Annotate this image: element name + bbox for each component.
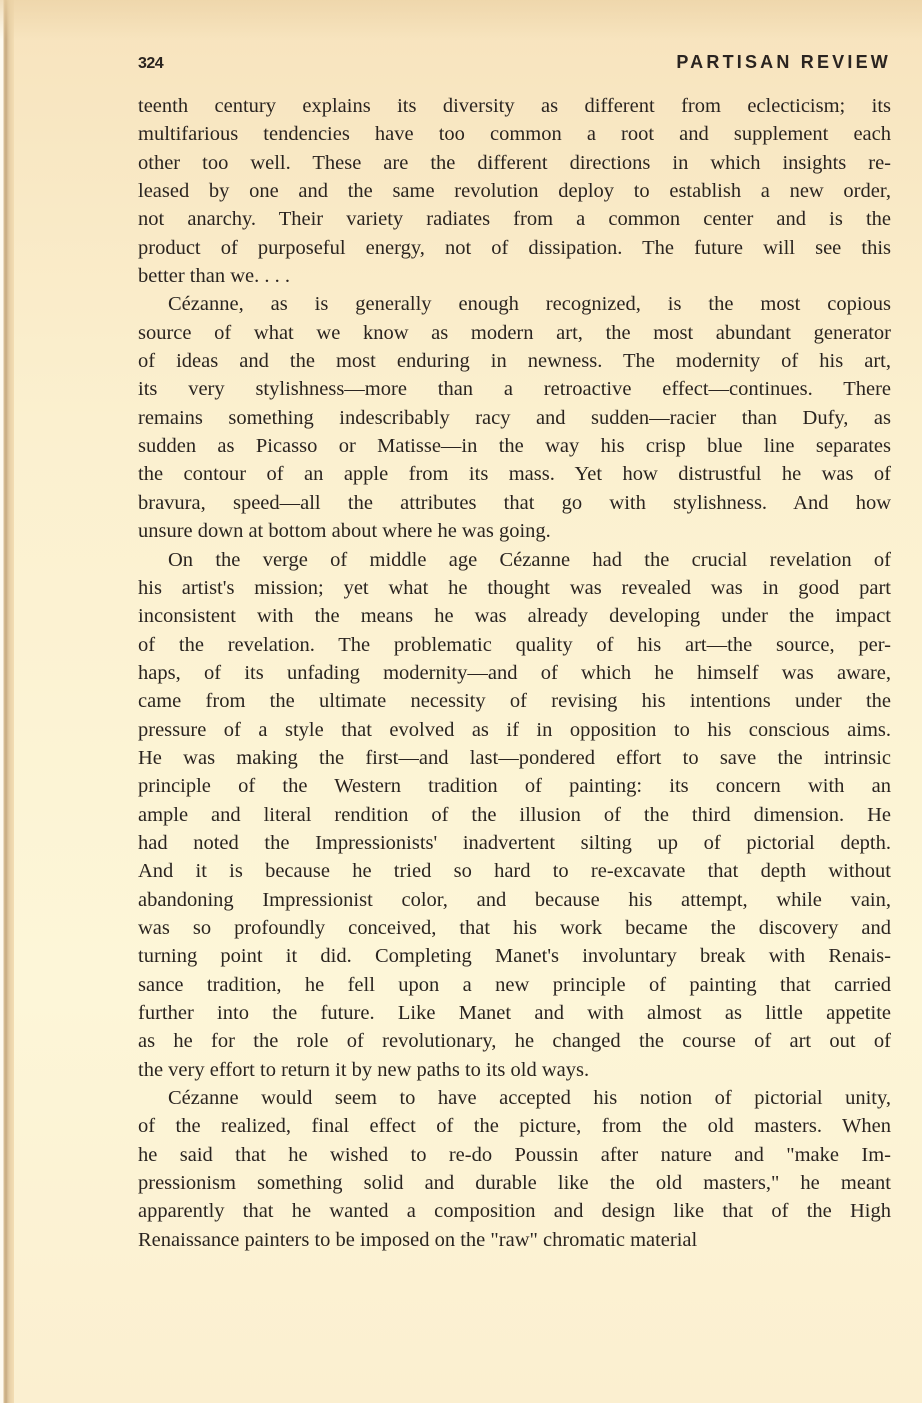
text-line: teenth century explains its diversity as… [138, 92, 891, 120]
text-line: other too well. These are the different … [138, 149, 891, 177]
text-line: haps, of its unfading modernity—and of w… [138, 659, 891, 687]
page-top-shade [0, 0, 922, 40]
text-line: inconsistent with the means he was alrea… [138, 602, 891, 630]
text-line: Renaissance painters to be imposed on th… [138, 1226, 891, 1254]
text-line: the very effort to return it by new path… [138, 1056, 891, 1084]
text-line: of the revelation. The problematic quali… [138, 631, 891, 659]
text-line: better than we. . . . [138, 262, 891, 290]
text-line: leased by one and the same revolution de… [138, 177, 891, 205]
text-line: abandoning Impressionist color, and beca… [138, 886, 891, 914]
text-line: remains something indescribably racy and… [138, 404, 891, 432]
paragraph: teenth century explains its diversity as… [138, 92, 891, 290]
page-binding-edge [0, 0, 14, 1403]
text-line: product of purposeful energy, not of dis… [138, 234, 891, 262]
text-line: of the realized, final effect of the pic… [138, 1112, 891, 1140]
text-line: not anarchy. Their variety radiates from… [138, 205, 891, 233]
text-line: had noted the Impressionists' inadverten… [138, 829, 891, 857]
text-line: principle of the Western tradition of pa… [138, 772, 891, 800]
text-line: its very stylishness—more than a retroac… [138, 375, 891, 403]
text-line: of ideas and the most enduring in newnes… [138, 347, 891, 375]
text-line: turning point it did. Completing Manet's… [138, 942, 891, 970]
text-line: as he for the role of revolutionary, he … [138, 1027, 891, 1055]
text-line: ample and literal rendition of the illus… [138, 801, 891, 829]
text-line: source of what we know as modern art, th… [138, 319, 891, 347]
paragraph: On the verge of middle age Cézanne had t… [138, 546, 891, 1085]
text-line: pressionism something solid and durable … [138, 1169, 891, 1197]
running-head: PARTISAN REVIEW [676, 52, 891, 73]
text-line: bravura, speed—all the attributes that g… [138, 489, 891, 517]
text-line: his artist's mission; yet what he though… [138, 574, 891, 602]
text-line: apparently that he wanted a composition … [138, 1197, 891, 1225]
text-line: multifarious tendencies have too common … [138, 120, 891, 148]
text-line: came from the ultimate necessity of revi… [138, 687, 891, 715]
body-text: teenth century explains its diversity as… [138, 92, 891, 1254]
text-line: the contour of an apple from its mass. Y… [138, 460, 891, 488]
text-line: Cézanne, as is generally enough recogniz… [138, 290, 891, 318]
text-line: sudden as Picasso or Matisse—in the way … [138, 432, 891, 460]
page-header: 324 PARTISAN REVIEW [138, 52, 891, 80]
paragraph: Cézanne, as is generally enough recogniz… [138, 290, 891, 545]
page-number: 324 [138, 55, 163, 73]
text-line: was so profoundly conceived, that his wo… [138, 914, 891, 942]
text-line: Cézanne would seem to have accepted his … [138, 1084, 891, 1112]
text-line: sance tradition, he fell upon a new prin… [138, 971, 891, 999]
text-line: further into the future. Like Manet and … [138, 999, 891, 1027]
text-line: pressure of a style that evolved as if i… [138, 716, 891, 744]
text-line: he said that he wished to re-do Poussin … [138, 1141, 891, 1169]
text-line: unsure down at bottom about where he was… [138, 517, 891, 545]
text-line: He was making the first—and last—pondere… [138, 744, 891, 772]
text-line: And it is because he tried so hard to re… [138, 857, 891, 885]
text-line: On the verge of middle age Cézanne had t… [138, 546, 891, 574]
paragraph: Cézanne would seem to have accepted his … [138, 1084, 891, 1254]
